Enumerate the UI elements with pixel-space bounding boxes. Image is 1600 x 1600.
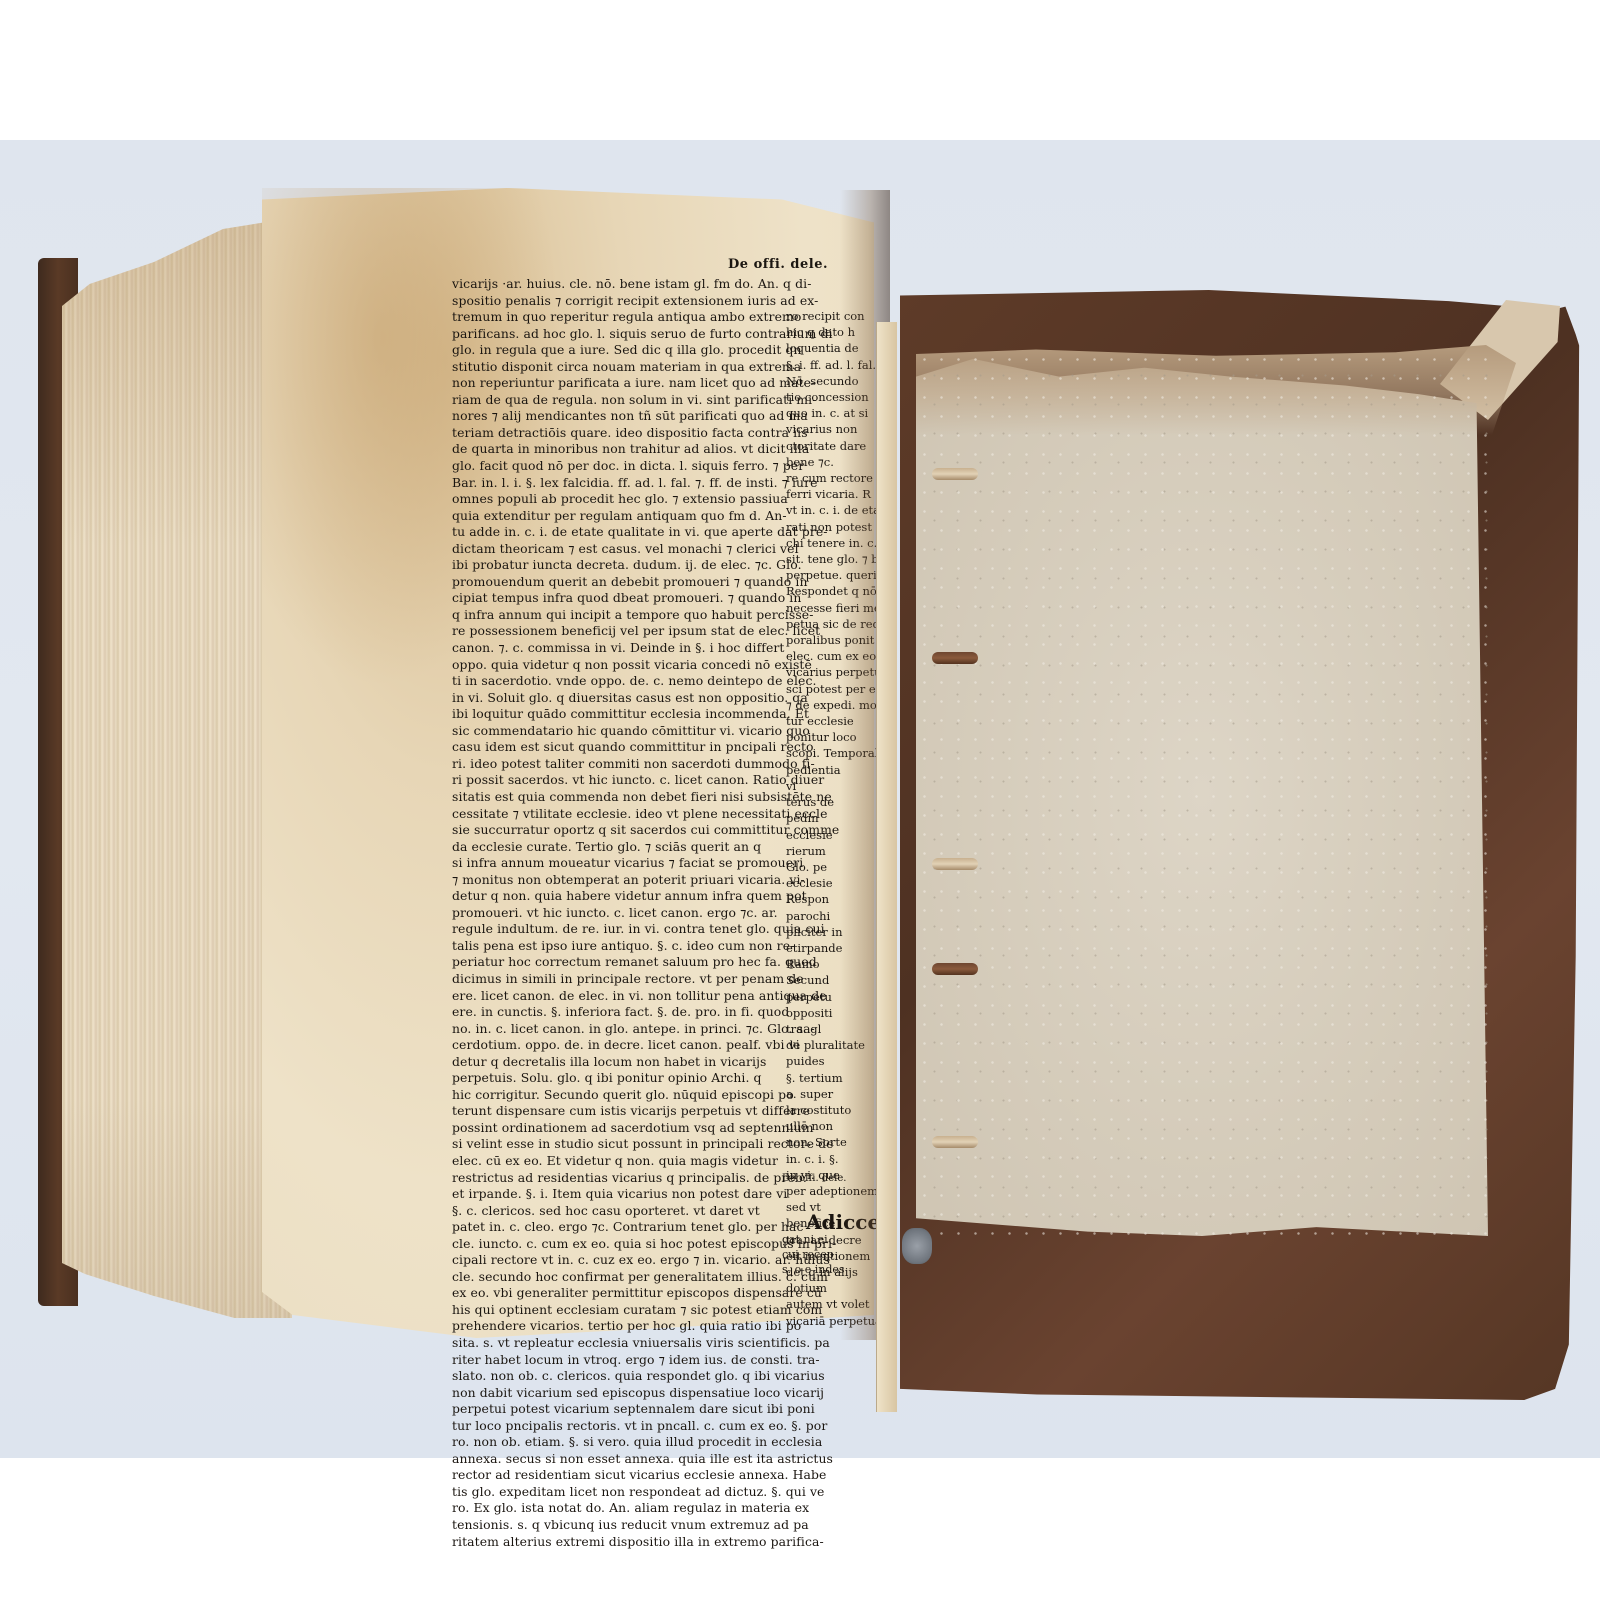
thong-icon	[932, 652, 978, 664]
loose-leaf-strip	[876, 322, 897, 1412]
text-line: ro. Ex glo. ista notat do. An. aliam reg…	[452, 1500, 860, 1517]
text-line: tensionis. s. q vbicunq ius reducit vnum…	[452, 1517, 860, 1534]
text-line: ritatem alterius extremi dispositio illa…	[452, 1534, 860, 1551]
running-head: De offi. dele.	[728, 257, 828, 272]
thong-icon	[932, 468, 978, 480]
text-line: spositio penalis ⁊ corrigit recipit exte…	[452, 293, 860, 310]
text-line: vicarijs ·ar. huius. cle. nō. bene istam…	[452, 276, 860, 293]
thong-icon	[932, 858, 978, 870]
thong-icon	[932, 963, 978, 975]
text-line: riter habet locum in vtroq. ergo ⁊ idem …	[452, 1352, 860, 1369]
text-line: perpetui potest vicarium septennalem dar…	[452, 1401, 860, 1418]
text-line: rector ad residentiam sicut vicarius ecc…	[452, 1467, 860, 1484]
text-line: ro. non ob. etiam. §. si vero. quia illu…	[452, 1434, 860, 1451]
pastedown-texture	[916, 350, 1488, 1236]
text-line: tur loco pncipalis rectoris. vt in pncal…	[452, 1418, 860, 1435]
text-line: slato. non ob. c. clericos. quia respond…	[452, 1368, 860, 1385]
thong-icon	[932, 1136, 978, 1148]
page-block-shading	[62, 218, 292, 1318]
text-line: tis glo. expeditam licet non respondeat …	[452, 1484, 860, 1501]
text-line: annexa. secus si non esset annexa. quia …	[452, 1451, 860, 1468]
text-line: non dabit vicarium sed episcopus dispens…	[452, 1385, 860, 1402]
metal-boss-icon	[902, 1228, 932, 1264]
text-line: sita. s. vt repleatur ecclesia vniuersal…	[452, 1335, 860, 1352]
